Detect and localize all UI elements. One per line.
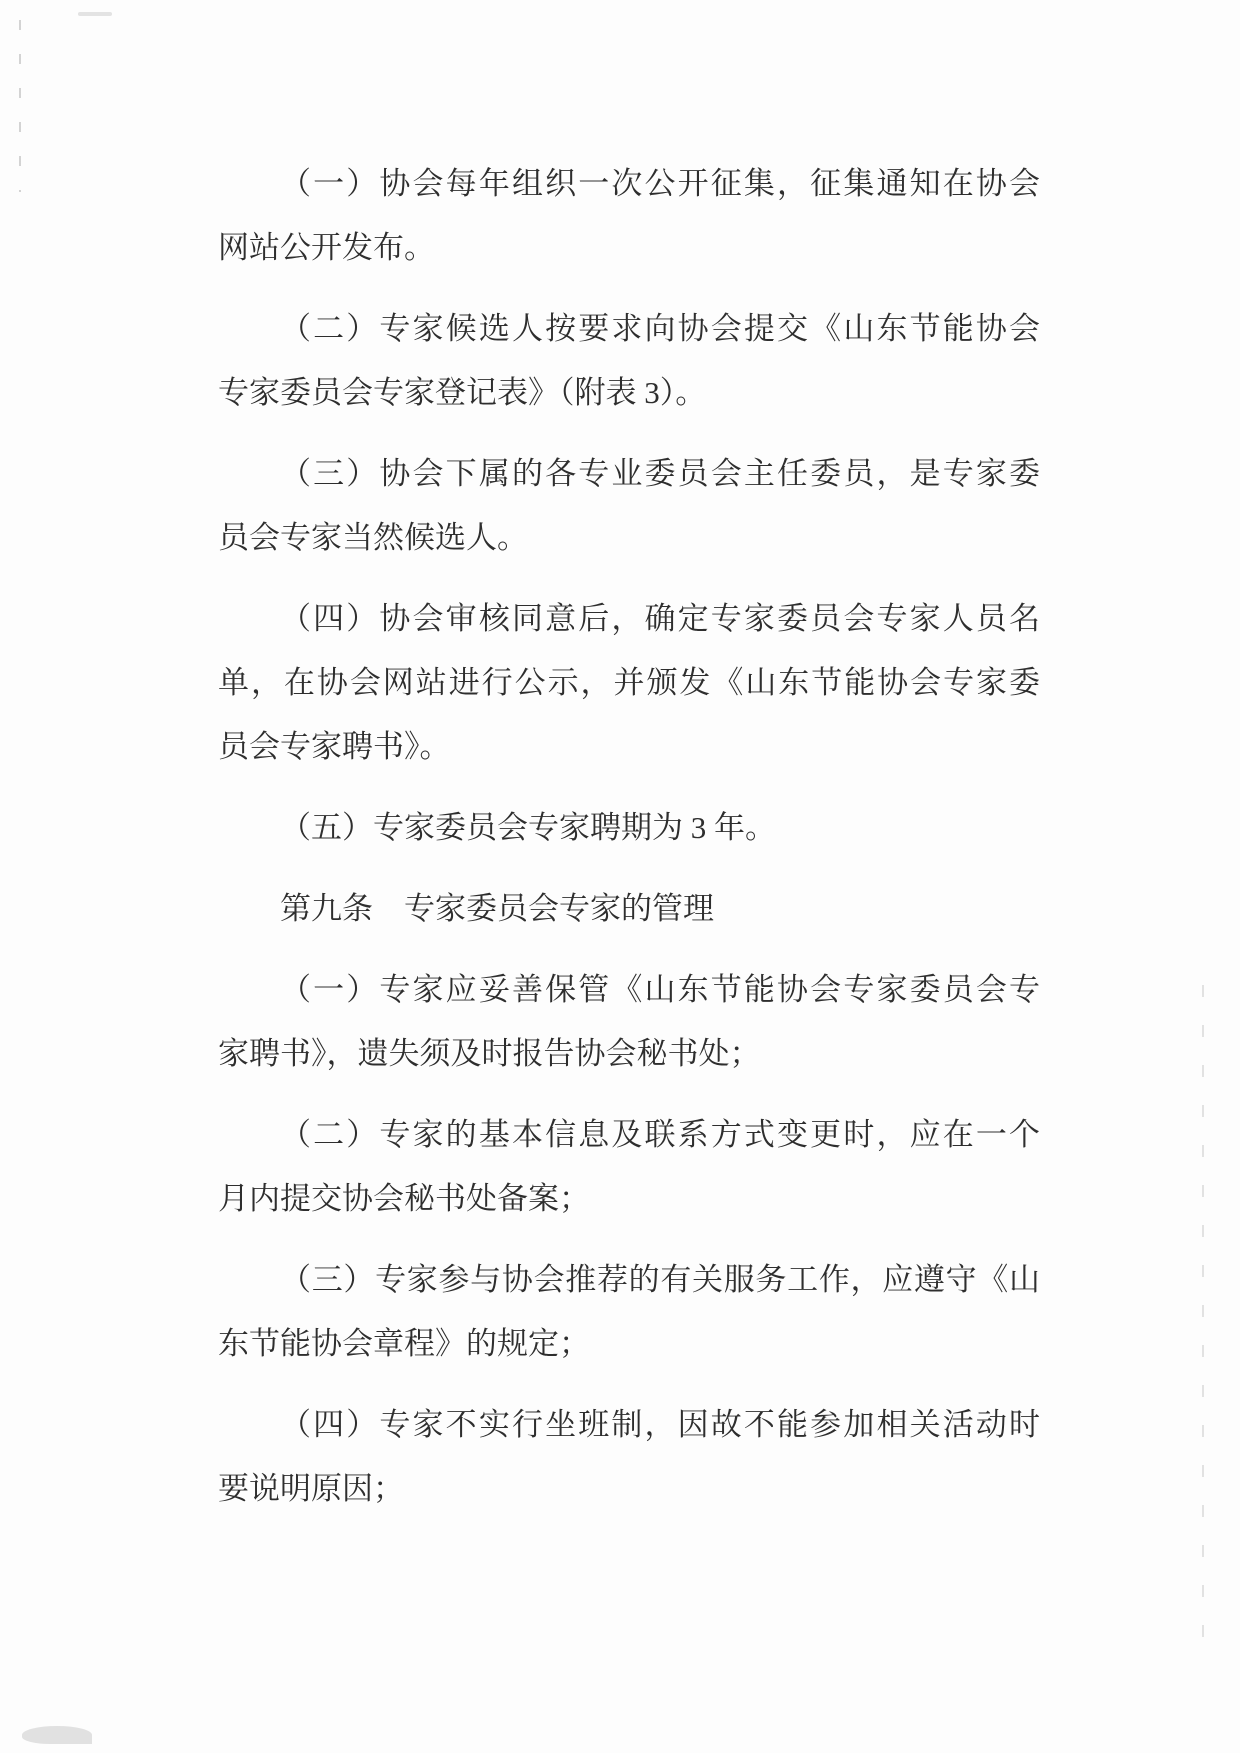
text-line: 第九条 专家委员会专家的管理 [218,877,1040,941]
text-line: 家聘书》，遗失须及时报告协会秘书处； [218,1022,1040,1086]
document-page: （一）协会每年组织一次公开征集，征集通知在协会网站公开发布。（二）专家候选人按要… [0,0,1240,1753]
text-line: （一）专家应妥善保管《山东节能协会专家委员会专 [218,958,1040,1022]
text-line: 月内提交协会秘书处备案； [218,1167,1040,1231]
article-9-heading: 第九条 专家委员会专家的管理 [218,877,1040,941]
clause-1-1: （一）协会每年组织一次公开征集，征集通知在协会网站公开发布。 [218,152,1040,280]
text-line: 要说明原因； [218,1457,1040,1521]
text-line: 员会专家当然候选人。 [218,506,1040,570]
text-line: （三）专家参与协会推荐的有关服务工作，应遵守《山 [218,1248,1040,1312]
text-line: 单，在协会网站进行公示，并颁发《山东节能协会专家委 [218,651,1040,715]
text-block: （一）协会每年组织一次公开征集，征集通知在协会网站公开发布。（二）专家候选人按要… [218,152,1040,1521]
text-line: （四）协会审核同意后，确定专家委员会专家人员名 [218,587,1040,651]
clause-9-2: （二）专家的基本信息及联系方式变更时，应在一个月内提交协会秘书处备案； [218,1103,1040,1231]
scan-artifact [78,12,112,16]
text-line: 东节能协会章程》的规定； [218,1312,1040,1376]
text-line: （三）协会下属的各专业委员会主任委员，是专家委 [218,442,1040,506]
text-line: 员会专家聘书》。 [218,715,1040,779]
clause-9-4: （四）专家不实行坐班制，因故不能参加相关活动时要说明原因； [218,1393,1040,1521]
text-line: （一）协会每年组织一次公开征集，征集通知在协会 [218,152,1040,216]
scan-artifact [19,20,21,192]
text-line: （五）专家委员会专家聘期为 3 年。 [218,796,1040,860]
scan-artifact [1202,985,1204,1655]
text-line: 专家委员会专家登记表》（附表 3）。 [218,361,1040,425]
scan-artifact [22,1726,92,1744]
text-line: （四）专家不实行坐班制，因故不能参加相关活动时 [218,1393,1040,1457]
clause-1-3: （三）协会下属的各专业委员会主任委员，是专家委员会专家当然候选人。 [218,442,1040,570]
clause-1-4: （四）协会审核同意后，确定专家委员会专家人员名单，在协会网站进行公示，并颁发《山… [218,587,1040,779]
clause-1-2: （二）专家候选人按要求向协会提交《山东节能协会专家委员会专家登记表》（附表 3）… [218,297,1040,425]
text-line: （二）专家候选人按要求向协会提交《山东节能协会 [218,297,1040,361]
text-line: （二）专家的基本信息及联系方式变更时，应在一个 [218,1103,1040,1167]
text-line: 网站公开发布。 [218,216,1040,280]
clause-9-3: （三）专家参与协会推荐的有关服务工作，应遵守《山东节能协会章程》的规定； [218,1248,1040,1376]
clause-9-1: （一）专家应妥善保管《山东节能协会专家委员会专家聘书》，遗失须及时报告协会秘书处… [218,958,1040,1086]
clause-1-5: （五）专家委员会专家聘期为 3 年。 [218,796,1040,860]
